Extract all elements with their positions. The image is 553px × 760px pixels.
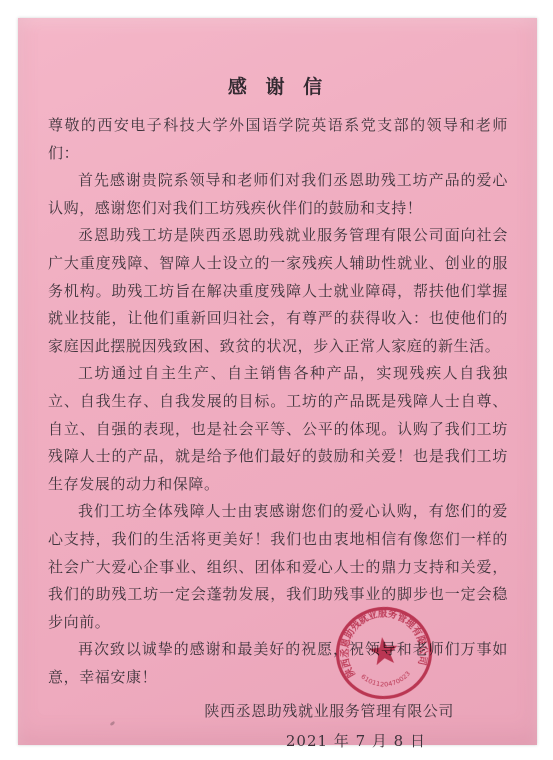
letter-paper: 感 谢 信 尊敬的西安电子科技大学外国语学院英语系党支部的领导和老师们： 首先感… [18,18,537,745]
letter-content: 感 谢 信 尊敬的西安电子科技大学外国语学院英语系党支部的领导和老师们： 首先感… [18,18,537,754]
paragraph-5: 再次致以诚挚的感谢和最美好的祝愿，祝领导和老师们万事如意，幸福安康！ [48,636,508,691]
scanned-letter-page: { "document": { "title": "感 谢 信", "salut… [0,0,553,760]
salutation-line: 尊敬的西安电子科技大学外国语学院英语系党支部的领导和老师们： [48,112,508,167]
paragraph-3: 工坊通过自主生产、自主销售各种产品，实现残疾人自我独立、自我生存、自我发展的目标… [48,360,508,498]
paragraph-1: 首先感谢贵院系领导和老师们对我们丞恩助残工坊产品的爱心认购，感谢您们对我们工坊残… [48,167,508,222]
letter-title: 感 谢 信 [48,72,508,99]
paragraph-2: 丞恩助残工坊是陕西丞恩助残就业服务管理有限公司面向社会广大重度残障、智障人士设立… [48,222,508,360]
letter-date: 2021 年 7 月 8 日 [48,728,508,754]
company-signature: 陕西丞恩助残就业服务管理有限公司 [48,698,508,724]
signoff-block: 陕西丞恩助残就业服务管理有限公司 2021 年 7 月 8 日 [48,698,508,754]
letter-body: 尊敬的西安电子科技大学外国语学院英语系党支部的领导和老师们： 首先感谢贵院系领导… [48,112,508,691]
paragraph-4: 我们工坊全体残障人士由衷感谢您们的爱心认购，有您们的爱心支持，我们的生活将更美好… [48,498,508,636]
